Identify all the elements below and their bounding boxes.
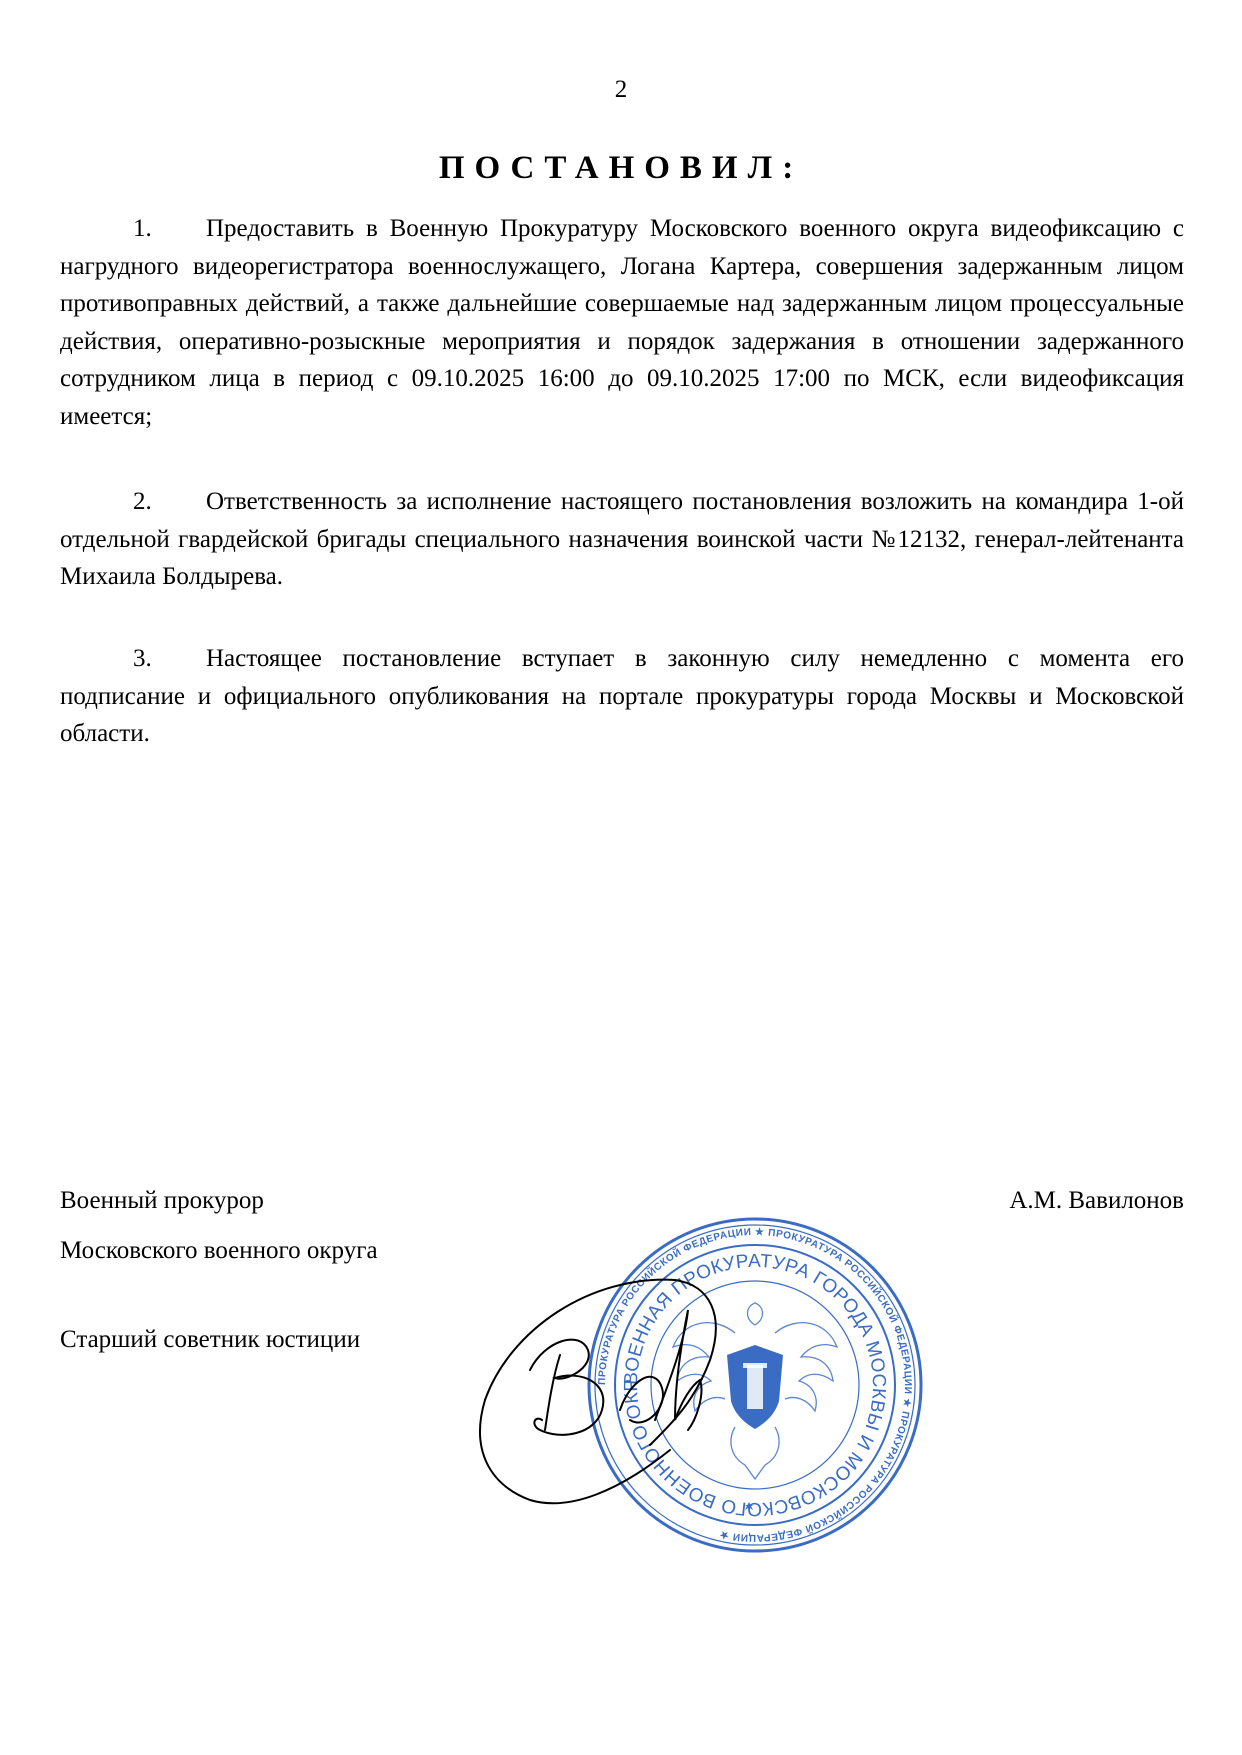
handwritten-signature-icon (470, 1270, 810, 1520)
document-title: ПОСТАНОВИЛ: (0, 150, 1242, 187)
paragraph-text: Ответственность за исполнение настоящего… (60, 488, 1184, 590)
signer-name: А.М. Вавилонов (1009, 1187, 1184, 1215)
paragraph-number: 1. (133, 210, 206, 248)
signer-position-line-1: Военный прокурор (60, 1187, 264, 1215)
paragraph-2: 2.Ответственность за исполнение настояще… (60, 483, 1184, 596)
paragraph-3: 3.Настоящее постановление вступает в зак… (60, 640, 1184, 753)
page-number: 2 (0, 76, 1242, 104)
signer-position-line-2: Московского военного округа (60, 1237, 378, 1265)
signer-rank: Старший советник юстиции (60, 1326, 360, 1354)
paragraph-1: 1.Предоставить в Военную Прокуратуру Мос… (60, 210, 1184, 435)
paragraph-number: 2. (133, 483, 206, 521)
paragraph-text: Настоящее постановление вступает в закон… (60, 645, 1184, 747)
paragraph-number: 3. (133, 640, 206, 678)
paragraph-text: Предоставить в Военную Прокуратуру Моско… (60, 215, 1184, 430)
